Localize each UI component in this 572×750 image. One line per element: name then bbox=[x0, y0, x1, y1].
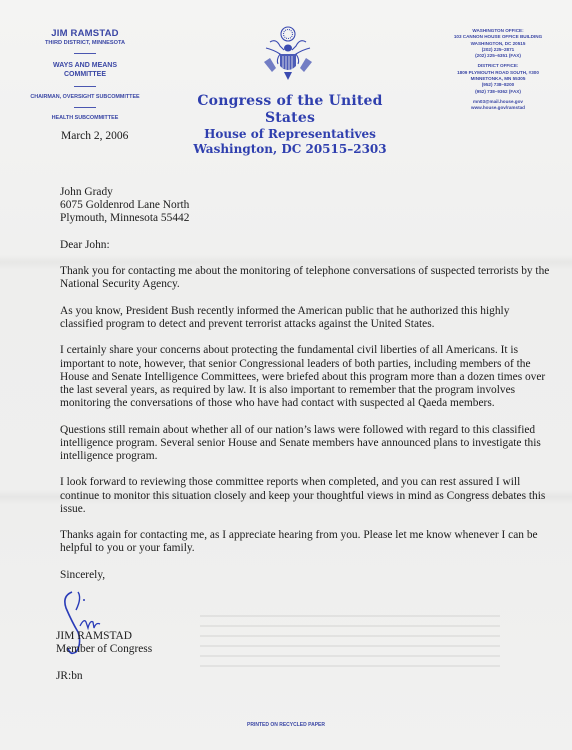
recycled-paper-note: PRINTED ON RECYCLED PAPER bbox=[0, 722, 572, 728]
letterhead-center: Congress of the United States House of R… bbox=[170, 93, 410, 157]
congress-title: Congress of the United States bbox=[170, 93, 410, 127]
washington-address: Washington, DC 20515–2303 bbox=[170, 142, 410, 157]
bleed-through-text bbox=[200, 615, 500, 675]
letter-page: JIM RAMSTAD THIRD DISTRICT, MINNESOTA WA… bbox=[0, 0, 572, 750]
signer-title: Member of Congress bbox=[56, 643, 152, 656]
divider bbox=[74, 107, 96, 108]
paragraph-4: Questions still remain about whether all… bbox=[60, 424, 550, 464]
website-link[interactable]: www.house.gov/ramstad bbox=[438, 105, 558, 111]
closing: Sincerely, bbox=[60, 569, 550, 582]
recipient-name: John Grady bbox=[60, 186, 550, 199]
paragraph-2: As you know, President Bush recently inf… bbox=[60, 305, 550, 331]
divider bbox=[74, 53, 96, 54]
paragraph-6: Thanks again for contacting me, as I app… bbox=[60, 529, 550, 555]
committee-line-1: WAYS AND MEANS bbox=[0, 61, 170, 70]
great-seal-icon bbox=[256, 24, 320, 88]
letter-body: John Grady 6075 Goldenrod Lane North Ply… bbox=[60, 186, 550, 582]
paragraph-1: Thank you for contacting me about the mo… bbox=[60, 265, 550, 291]
letterhead-right: WASHINGTON OFFICE: 103 CANNON HOUSE OFFI… bbox=[438, 28, 558, 112]
health-subcommittee: HEALTH SUBCOMMITTEE bbox=[0, 115, 170, 121]
house-title: House of Representatives bbox=[170, 127, 410, 142]
salutation: Dear John: bbox=[60, 239, 550, 252]
letterhead-left: JIM RAMSTAD THIRD DISTRICT, MINNESOTA WA… bbox=[0, 8, 170, 121]
recipient-city: Plymouth, Minnesota 55442 bbox=[60, 212, 550, 225]
washington-address-1: 103 CANNON HOUSE OFFICE BUILDING bbox=[438, 34, 558, 40]
district: THIRD DISTRICT, MINNESOTA bbox=[0, 40, 170, 46]
recipient-address: John Grady 6075 Goldenrod Lane North Ply… bbox=[60, 186, 550, 226]
typist-initials: JR:bn bbox=[56, 670, 83, 682]
representative-name: JIM RAMSTAD bbox=[0, 28, 170, 39]
committee-line-2: COMMITTEE bbox=[0, 70, 170, 79]
chairman-subcommittee: CHAIRMAN, OVERSIGHT SUBCOMMITTEE bbox=[0, 94, 170, 100]
signer-name: JIM RAMSTAD bbox=[56, 630, 152, 643]
paragraph-3: I certainly share your concerns about pr… bbox=[60, 344, 550, 410]
paragraph-5: I look forward to reviewing those commit… bbox=[60, 476, 550, 516]
recipient-street: 6075 Goldenrod Lane North bbox=[60, 199, 550, 212]
letter-date: March 2, 2006 bbox=[61, 130, 128, 142]
divider bbox=[74, 86, 96, 87]
signer-block: JIM RAMSTAD Member of Congress bbox=[56, 630, 152, 656]
